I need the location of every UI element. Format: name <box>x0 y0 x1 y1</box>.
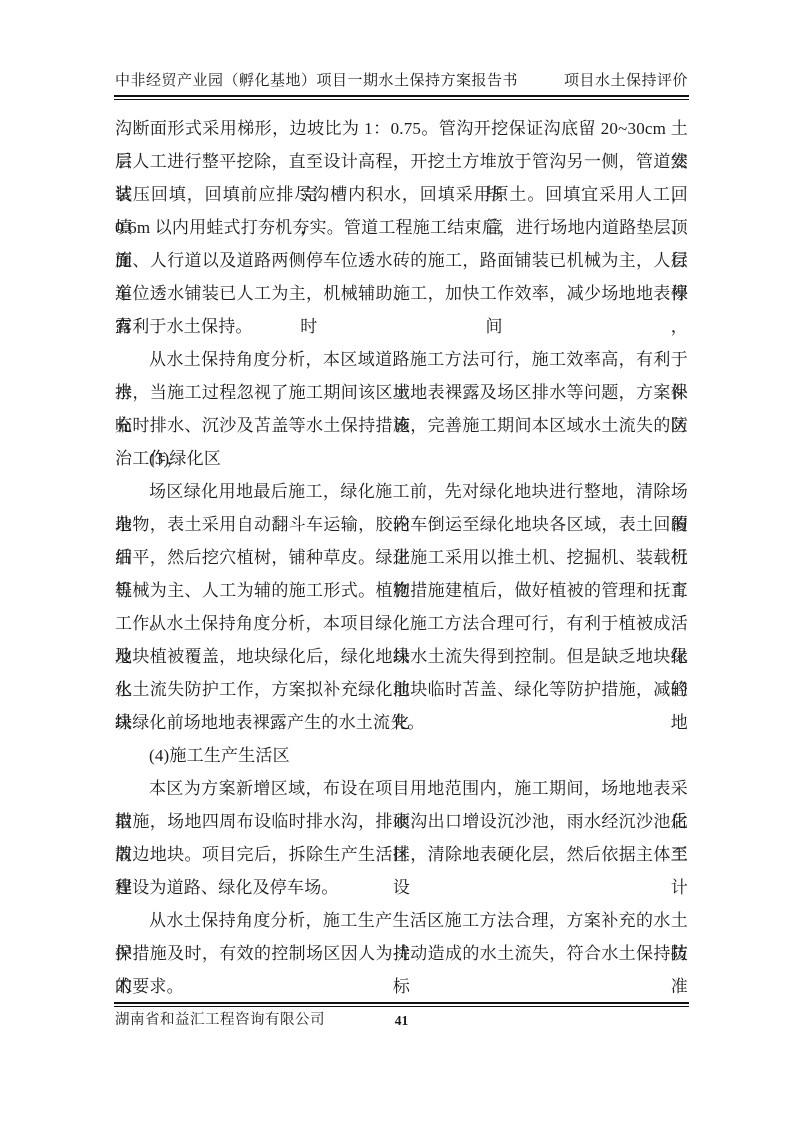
text-line: 试压回填，回填前应排尽沟槽内积水，回填采用原土。回填宜采用人工回填，管顶 <box>115 178 688 211</box>
text-line: 细平，然后挖穴植树，铺种草皮。绿化施工采用以推土机、挖掘机、装载机等施工 <box>115 541 688 574</box>
text-line: 从水土保持角度分析，本项目绿化施工方法合理可行，有利于植被成活及绿化 <box>115 607 688 640</box>
text-line: 临时排水、沉沙及苫盖等水土保持措施，完善施工期间本区域水土流失的防治工作， <box>115 409 688 442</box>
text-line: 后人工进行整平挖除，直至设计高程，开挖土方堆放于管沟另一侧，管道安装完毕， <box>115 145 688 178</box>
text-line: 本区为方案新增区域，布设在项目用地范围内，施工期间，场地地表采取硬化 <box>115 772 688 805</box>
page-header: 中非经贸产业园（孵化基地）项目一期水土保持方案报告书 项目水土保持评价 <box>115 71 688 91</box>
text-line: 场区绿化用地最后施工，绿化施工前，先对绿化地块进行整地，清除场地内的 <box>115 475 688 508</box>
text-line: 周边地块。项目完后，拆除生产生活区，清除地表硬化层，然后依据主体工程设计 <box>115 838 688 871</box>
text-line: 水土流失防护工作，方案拟补充绿化地块临时苫盖、绿化等防护措施，减轻绿化地 <box>115 673 688 706</box>
document-page: 中非经贸产业园（孵化基地）项目一期水土保持方案报告书 项目水土保持评价 沟断面形… <box>0 0 793 1122</box>
header-section-title: 项目水土保持评价 <box>564 71 688 91</box>
text-line: 车位透水铺装已人工为主，机械辅助施工，加快工作效率，减少场地地表裸露时间， <box>115 277 688 310</box>
text-line: 杂物，表土采用自动翻斗车运输，胶轮车倒运至绿化地块各区域，表土回覆后进行 <box>115 508 688 541</box>
text-line: (4)施工生产生活区 <box>115 739 688 772</box>
header-divider <box>114 95 689 100</box>
document-body: 沟断面形式采用梯形，边坡比为 1：0.75。管沟开挖保证沟底留 20~30cm … <box>115 112 688 1003</box>
text-line: 护措施及时，有效的控制场区因人为扰动造成的水土流失，符合水土保持技术标准 <box>115 937 688 970</box>
text-line: 沟断面形式采用梯形，边坡比为 1：0.75。管沟开挖保证沟底留 20~30cm … <box>115 112 688 145</box>
text-line: 地块植被覆盖，地块绿化后，绿化地块水土流失得到控制。但是缺乏地块绿化前的 <box>115 640 688 673</box>
text-line: 措施，场地四周布设临时排水沟，排水沟出口增设沉沙池，雨水经沉沙池后散排至 <box>115 805 688 838</box>
text-line: 机械为主、人工为辅的施工形式。植物措施建植后，做好植被的管理和抚育工作。 <box>115 574 688 607</box>
text-line: 0.6m 以内用蛙式打夯机夯实。管道工程施工结束后，进行场地内道路垫层、面层 <box>115 211 688 244</box>
text-line: 从水土保持角度分析，施工生产生活区施工方法合理，方案补充的水土保持防 <box>115 904 688 937</box>
text-line: (3)绿化区 <box>115 442 688 475</box>
text-line: 持，当施工过程忽视了施工期间该区域地表裸露及场区排水等问题，方案补充该区 <box>115 376 688 409</box>
text-line: 从水土保持角度分析，本区域道路施工方法可行，施工效率高，有利于水土保 <box>115 343 688 376</box>
footer-page-number: 41 <box>115 1011 688 1031</box>
footer-divider <box>114 1002 689 1007</box>
header-report-title: 中非经贸产业园（孵化基地）项目一期水土保持方案报告书 <box>115 71 518 91</box>
text-line: 施、人行道以及道路两侧停车位透水砖的施工，路面铺装已机械为主，人行道、停 <box>115 244 688 277</box>
